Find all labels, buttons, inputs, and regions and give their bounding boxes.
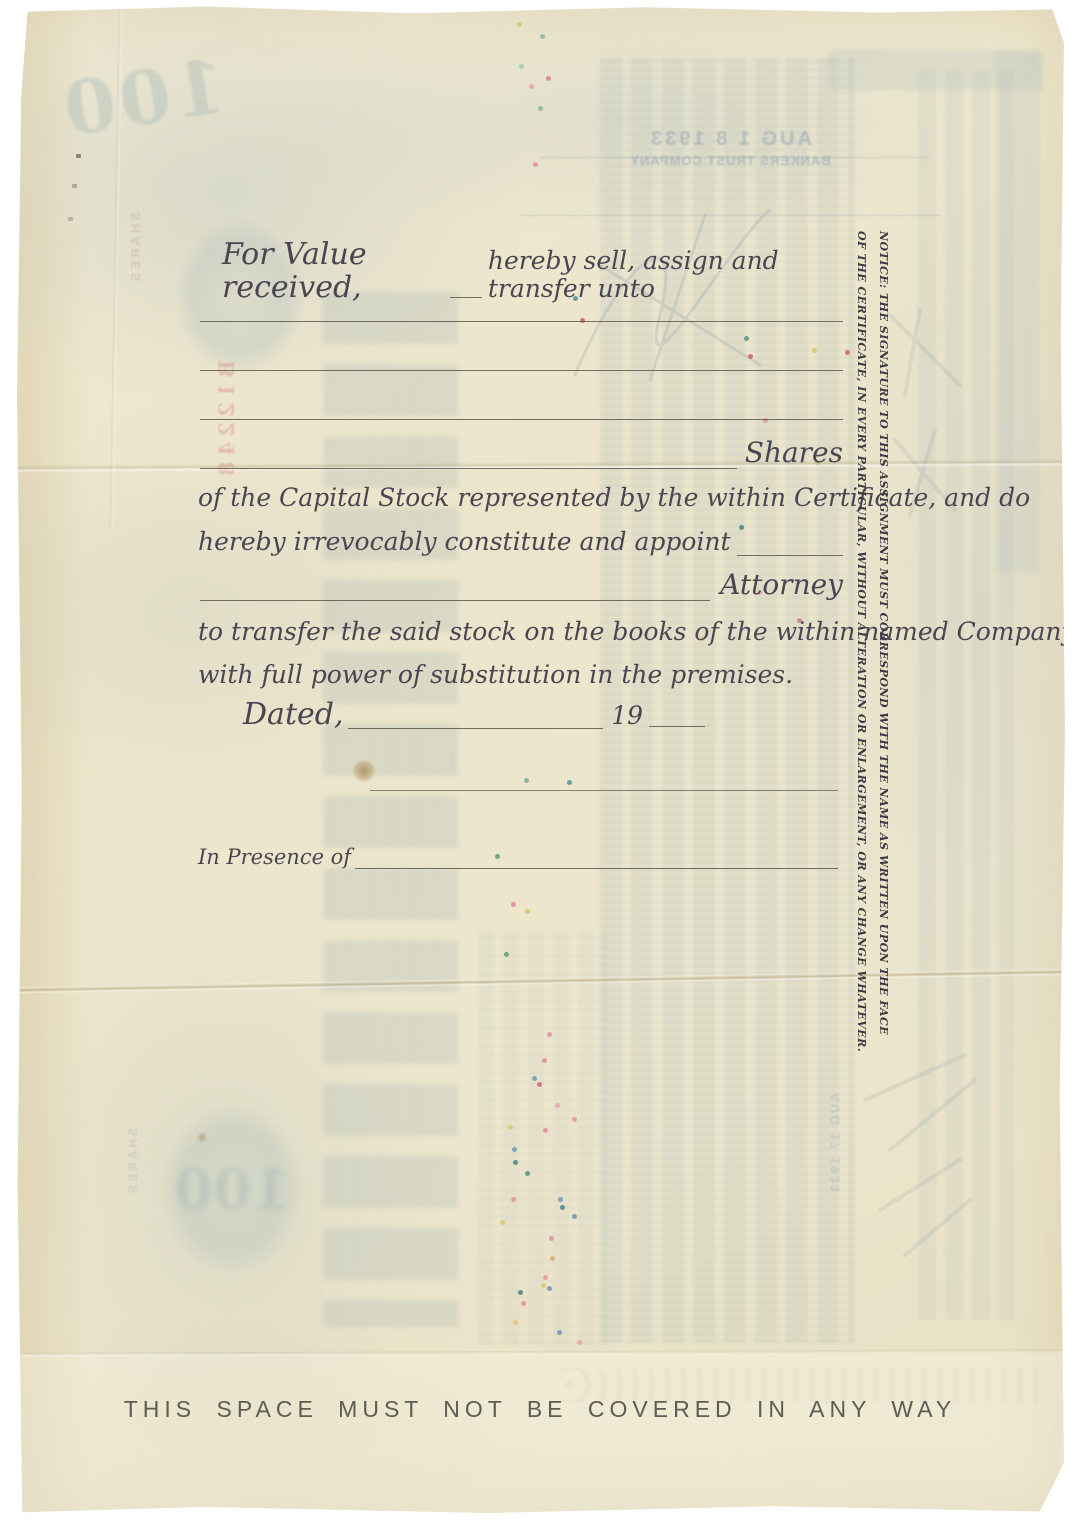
- transfer-line-2: with full power of substitution in the p…: [198, 661, 793, 689]
- blank-line-3: [200, 419, 843, 420]
- ghost-medallion-bottom-left: 100: [135, 1072, 330, 1307]
- ghost-stamp-date: AUG 1 8 1933: [545, 128, 915, 151]
- dated-label: Dated,: [243, 698, 344, 731]
- attorney-name-field: [200, 600, 710, 601]
- ghost-shares-label-bottom-left: SHARES: [126, 1128, 140, 1196]
- attorney-line: Attorney: [200, 570, 843, 601]
- ghost-signature-scrawl-bottom: [845, 1040, 995, 1270]
- appointee-field: [737, 555, 843, 556]
- presence-label: In Presence of: [198, 846, 351, 869]
- date-field: [348, 728, 604, 729]
- ghost-stamp-rule-top: [540, 157, 930, 158]
- ghost-shares-label-left: SHARES: [128, 212, 143, 284]
- dated-line: Dated, 19: [243, 698, 705, 731]
- transfer-restriction-notice: NOTICE: THE SIGNATURE TO THIS ASSIGNMENT…: [848, 231, 894, 929]
- ghost-bank-stamp: AUG 1 8 1933 BANKERS TRUST COMPANY: [545, 128, 915, 168]
- ghost-denomination-100-bottom: 100: [174, 1157, 291, 1223]
- witness-field: [355, 868, 838, 869]
- stain-spot-small: [196, 1132, 208, 1143]
- stain-spot-large: [352, 760, 376, 782]
- shares-amount-field: [200, 468, 737, 469]
- ghost-side-stamp-date: AUG 17 1933: [828, 1093, 843, 1243]
- paper-fleck: [72, 184, 77, 188]
- opening-text-right: hereby sell, assign and transfer unto: [488, 247, 840, 304]
- assignment-opening-line: For Value received, hereby sell, assign …: [222, 238, 840, 304]
- blank-line-2: [200, 370, 843, 371]
- shares-line: Shares: [200, 438, 843, 469]
- year-prefix: 19: [611, 702, 643, 732]
- certificate-back-scan: 100 100 SHARES B12248 SHARES AUG 1 8 193…: [0, 0, 1080, 1523]
- signature-line: [370, 790, 838, 791]
- capital-stock-line-1: of the Capital Stock represented by the …: [198, 484, 1030, 512]
- blank-line-1: [200, 321, 843, 322]
- capital-stock-line-2: hereby irrevocably constitute and appoin…: [198, 528, 843, 556]
- notice-line-2: OF THE CERTIFICATE, IN EVERY PARTICULAR,…: [850, 231, 872, 929]
- appoint-text: hereby irrevocably constitute and appoin…: [198, 528, 731, 556]
- transfer-line-1: to transfer the said stock on the books …: [198, 618, 1066, 646]
- ghost-stamp-name: BANKERS TRUST COMPANY: [545, 153, 915, 168]
- year-field: [649, 726, 705, 727]
- witness-line: In Presence of: [198, 846, 838, 869]
- paper-sheet: 100 100 SHARES B12248 SHARES AUG 1 8 193…: [16, 5, 1066, 1516]
- name-gap-field: [450, 297, 482, 298]
- paper-fleck: [68, 217, 73, 221]
- opening-text-left: For Value received,: [222, 238, 444, 304]
- footer-instruction: THIS SPACE MUST NOT BE COVERED IN ANY WA…: [16, 1396, 1066, 1423]
- notice-line-1: NOTICE: THE SIGNATURE TO THIS ASSIGNMENT…: [872, 231, 894, 929]
- paper-fleck: [76, 154, 81, 158]
- attorney-label: Attorney: [720, 570, 843, 601]
- shares-label: Shares: [745, 438, 843, 469]
